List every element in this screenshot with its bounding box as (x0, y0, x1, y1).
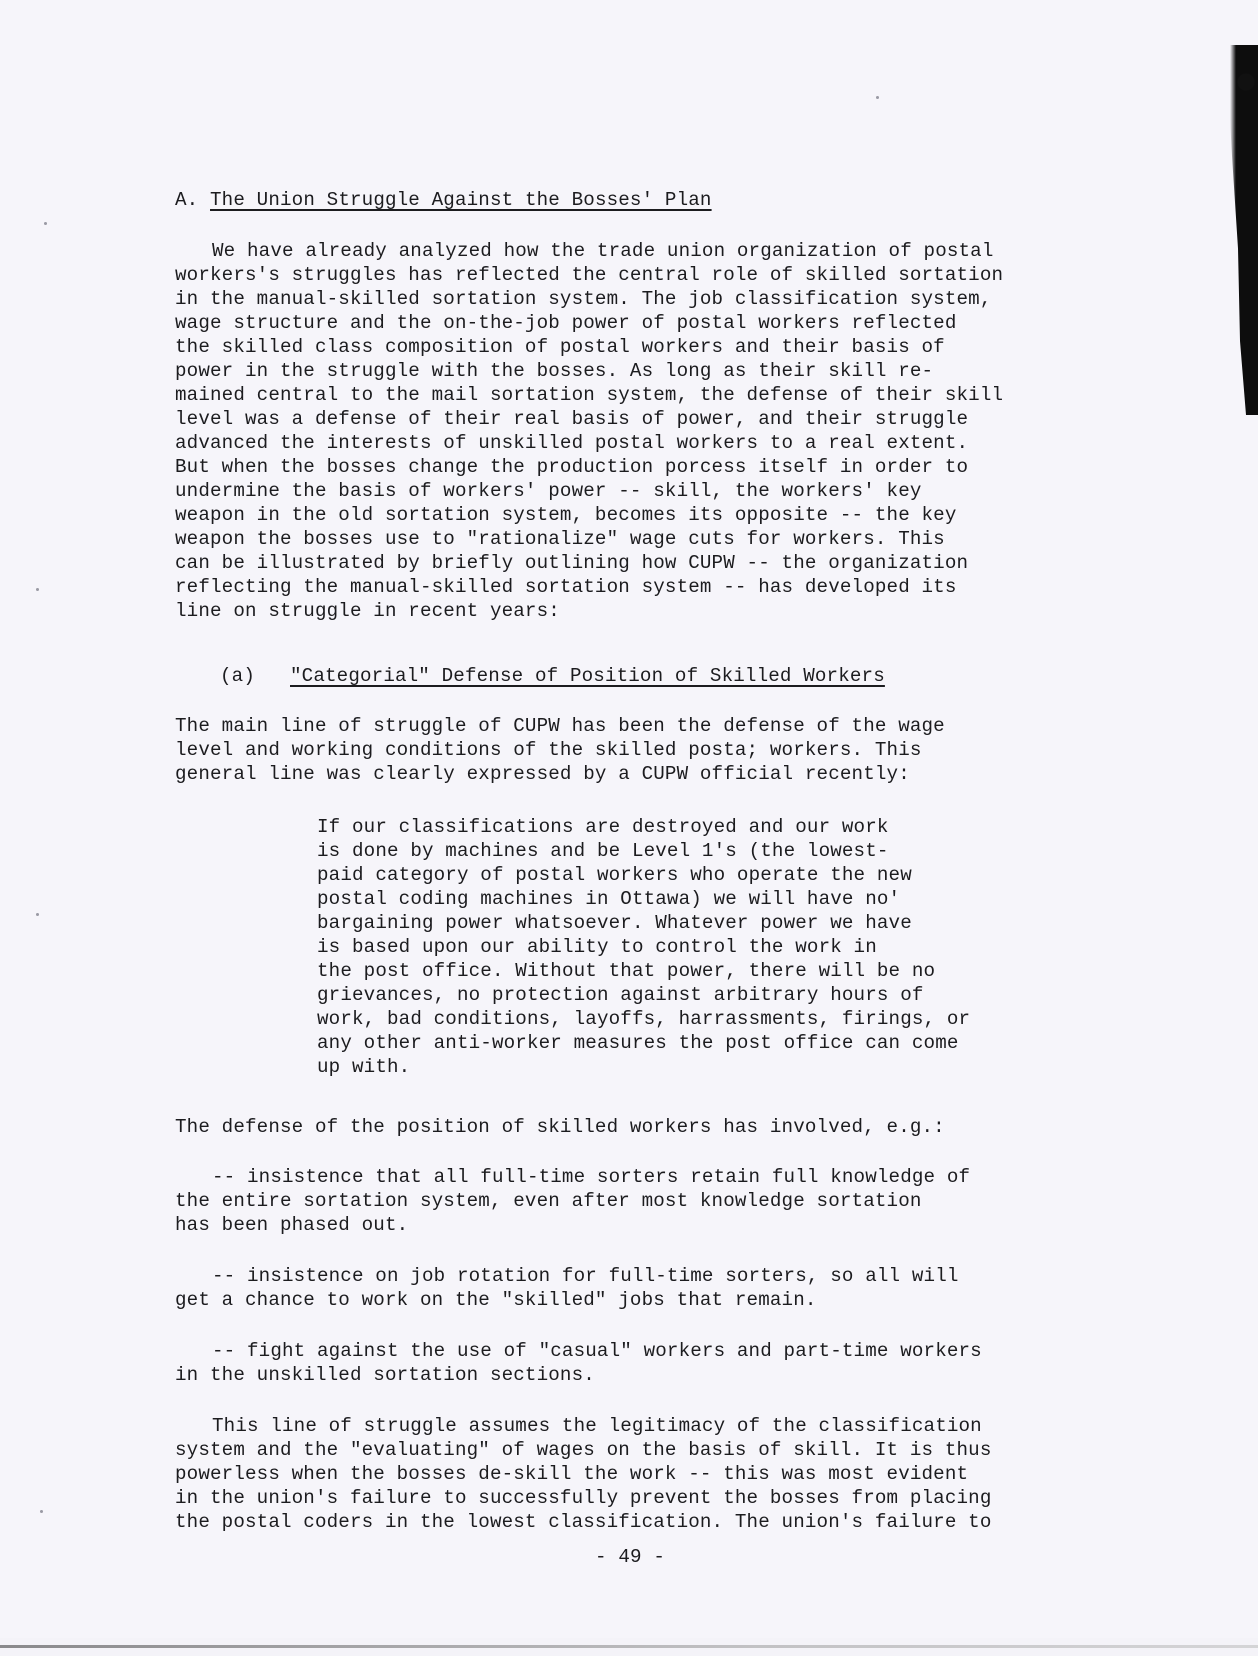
speck (36, 913, 39, 916)
speck (40, 1510, 43, 1513)
page-number: - 49 - (595, 1545, 665, 1569)
quote-line: work, bad conditions, layoffs, harrassme… (317, 1007, 970, 1031)
paragraph-defense-intro: The defense of the position of skilled w… (175, 1115, 945, 1139)
text-line: weapon in the old sortation system, beco… (175, 503, 957, 527)
text-line: We have already analyzed how the trade u… (212, 239, 994, 263)
section-prefix: A. (175, 189, 198, 211)
text-line: undermine the basis of workers' power --… (175, 479, 922, 503)
quote-line: any other anti-worker measures the post … (317, 1031, 959, 1055)
text-line: weapon the bosses use to "rationalize" w… (175, 527, 945, 551)
text-line: line on struggle in recent years: (175, 599, 560, 623)
bullet-line: in the unskilled sortation sections. (175, 1363, 595, 1387)
text-line: in the manual-skilled sortation system. … (175, 287, 992, 311)
text-line: the postal coders in the lowest classifi… (175, 1510, 992, 1534)
text-line: level was a defense of their real basis … (175, 407, 968, 431)
text-line: in the union's failure to successfully p… (175, 1486, 992, 1510)
bullet-line: has been phased out. (175, 1213, 408, 1237)
text-line: can be illustrated by briefly outlining … (175, 551, 968, 575)
bullet-line: get a chance to work on the "skilled" jo… (175, 1288, 817, 1312)
section-title: The Union Struggle Against the Bosses' P… (210, 189, 712, 211)
quote-line: paid category of postal workers who oper… (317, 863, 912, 887)
bullet-line: -- insistence on job rotation for full-t… (212, 1264, 959, 1288)
speck (876, 96, 879, 99)
bullet-line: -- insistence that all full-time sorters… (212, 1165, 970, 1189)
text-line: the skilled class composition of postal … (175, 335, 945, 359)
quote-line: is based upon our ability to control the… (317, 935, 877, 959)
text-line: advanced the interests of unskilled post… (175, 431, 968, 455)
text-line: reflecting the manual-skilled sortation … (175, 575, 957, 599)
text-line: wage structure and the on-the-job power … (175, 311, 957, 335)
quote-line: If our classifications are destroyed and… (317, 815, 889, 839)
text-line: power in the struggle with the bosses. A… (175, 359, 933, 383)
text-line: general line was clearly expressed by a … (175, 762, 910, 786)
text-line: mained central to the mail sortation sys… (175, 383, 1003, 407)
bullet-line: -- fight against the use of "casual" wor… (212, 1339, 982, 1363)
bullet-line: the entire sortation system, even after … (175, 1189, 922, 1213)
text-line: But when the bosses change the productio… (175, 455, 968, 479)
text-line: This line of struggle assumes the legiti… (212, 1414, 982, 1438)
quote-line: up with. (317, 1055, 410, 1079)
text-line: system and the "evaluating" of wages on … (175, 1438, 992, 1462)
text-line: level and working conditions of the skil… (175, 738, 922, 762)
text-line: workers's struggles has reflected the ce… (175, 263, 1003, 287)
quote-line: is done by machines and be Level 1's (th… (317, 839, 889, 863)
quote-line: postal coding machines in Ottawa) we wil… (317, 887, 900, 911)
page-bottom-edge (0, 1645, 1258, 1648)
text-line: The main line of struggle of CUPW has be… (175, 714, 945, 738)
quote-line: bargaining power whatsoever. Whatever po… (317, 911, 912, 935)
quote-line: the post office. Without that power, the… (317, 959, 935, 983)
subsection-label: (a) (220, 664, 255, 688)
quote-line: grievances, no protection against arbitr… (317, 983, 924, 1007)
speck (44, 222, 47, 225)
section-heading: A. The Union Struggle Against the Bosses… (175, 188, 712, 212)
document-page: A. The Union Struggle Against the Bosses… (0, 0, 1258, 1638)
speck (36, 588, 39, 591)
scan-edge-artifact (1218, 45, 1258, 415)
subsection-title: "Categorial" Defense of Position of Skil… (290, 664, 885, 688)
text-line: powerless when the bosses de-skill the w… (175, 1462, 968, 1486)
